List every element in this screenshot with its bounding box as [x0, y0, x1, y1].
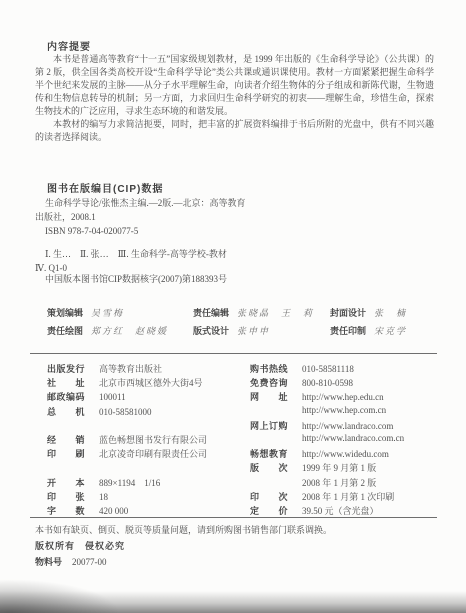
info-row-publisher: 出版发行高等教育出版社: [47, 362, 247, 376]
info-value: 800-810-0598: [302, 378, 353, 388]
info-value: 2008 年 1 月第 1 次印刷: [302, 490, 394, 503]
info-row-tollfree: 免费咨询800-810-0598: [250, 376, 440, 390]
info-value: 889×1194 1/16: [99, 476, 160, 489]
info-row-impression: 印 次2008 年 1 月第 1 次印刷: [250, 490, 440, 504]
credit-layout-design: 版式设计张申申: [193, 324, 330, 337]
colophon-right-column: 购书热线010-58581118 免费咨询800-810-0598 网 址htt…: [250, 362, 440, 518]
material-number-value: 20077-00: [72, 557, 107, 567]
scan-shadow-left: [0, 579, 120, 613]
info-value: 蓝色畅想图书发行有限公司: [99, 433, 207, 446]
info-label: 邮政编码: [47, 390, 87, 403]
content-summary-heading: 内容提要: [47, 38, 91, 53]
info-row-distributor: 经 销蓝色畅想图书发行有限公司: [47, 433, 247, 447]
info-label: 社 址: [47, 376, 87, 389]
quality-notice: 本书如有缺页、倒页、脱页等质量问题，请到所购图书销售部门联系调换。: [35, 523, 435, 536]
info-row-edition-2: 2008 年 1 月第 2 版: [250, 476, 440, 490]
info-label: 版 次: [250, 461, 290, 474]
info-value: 100011: [99, 392, 126, 402]
credit-name: 张申申: [237, 326, 270, 336]
credits-grid: 策划编辑吴雪梅 责任编辑张晓晶 王 莉 封面设计张 楠 责任绘图郑方红 赵晓媛 …: [47, 306, 436, 337]
info-row-edition: 版 次1999 年 9 月第 1 版: [250, 461, 440, 475]
info-label: 出版发行: [47, 362, 87, 375]
cip-classification-line1: Ⅰ. 生… Ⅱ. 张… Ⅲ. 生命科学-高等学校-教材: [35, 247, 395, 261]
info-row-switchboard: 总 机010-58581000: [47, 405, 247, 419]
divider-top: [30, 353, 437, 354]
info-row-education-site: 畅想教育http://www.widedu.com: [250, 447, 440, 461]
credit-label: 策划编辑: [47, 308, 83, 318]
info-row-sheets: 印 张18: [47, 490, 247, 504]
info-label: 购书热线: [250, 362, 290, 375]
info-label: 印 张: [47, 490, 87, 503]
credit-cover-design: 封面设计张 楠: [330, 306, 436, 319]
info-value: 18: [99, 492, 108, 502]
cip-record-number: 中国版本图书馆CIP数据核字(2007)第188393号: [45, 272, 227, 285]
divider-bottom: [30, 517, 437, 518]
info-row-online-order-2: http://www.landraco.com.cn: [250, 433, 440, 447]
credit-print-supervisor: 责任印制宋克学: [330, 324, 436, 337]
info-label: 网 址: [250, 390, 290, 403]
info-row-address: 社 址北京市西城区德外大街4号: [47, 376, 247, 390]
info-value: http://www.landraco.com: [302, 421, 393, 431]
info-value: http://www.widedu.com: [302, 449, 389, 459]
credit-name: 张 楠: [374, 308, 407, 318]
info-value: 1999 年 9 月第 1 版: [302, 461, 376, 474]
info-label: 总 机: [47, 405, 87, 418]
copyright-page: 内容提要 本书是普通高等教育“十一五”国家级规划教材，是 1999 年出版的《生…: [0, 0, 466, 613]
material-number-label: 物料号: [35, 557, 62, 567]
credit-name: 张晓晶 王 莉: [237, 308, 314, 318]
material-number: 物料号20077-00: [35, 555, 107, 568]
cip-title-line: 生命科学导论/张惟杰主编.—2版.—北京：高等教育: [35, 196, 395, 210]
credit-name: 吴雪梅: [91, 308, 124, 318]
info-value: 北京凌奇印刷有限责任公司: [99, 447, 207, 460]
info-value: 高等教育出版社: [99, 362, 162, 375]
info-value: 010-58581118: [302, 364, 354, 374]
cip-publisher-line: 出版社，2008.1: [35, 210, 395, 224]
info-label: 畅想教育: [250, 447, 290, 460]
info-value: 420 000: [99, 506, 128, 516]
info-label: 经 销: [47, 433, 87, 446]
info-label: 网上订购: [250, 419, 290, 432]
credit-planning-editor: 策划编辑吴雪梅: [47, 306, 193, 319]
info-label: 印 次: [250, 490, 290, 503]
info-row-blank: [47, 419, 247, 433]
colophon-left-column: 出版发行高等教育出版社 社 址北京市西城区德外大街4号 邮政编码100011 总…: [47, 362, 247, 518]
credit-label: 责任印制: [330, 326, 366, 336]
info-row-blank: [47, 461, 247, 475]
info-row-website: 网 址http://www.hep.edu.cn: [250, 390, 440, 404]
credit-label: 版式设计: [193, 326, 229, 336]
credit-label: 责任绘图: [47, 326, 83, 336]
info-row-hotline: 购书热线010-58581118: [250, 362, 440, 376]
info-value: http://www.landraco.com.cn: [302, 433, 404, 443]
content-summary-body: 本书是普通高等教育“十一五”国家级规划教材，是 1999 年出版的《生命科学导论…: [35, 53, 434, 144]
info-value: http://www.hep.com.cn: [302, 405, 386, 415]
credit-illustration: 责任绘图郑方红 赵晓媛: [47, 324, 193, 337]
cip-isbn: ISBN 978-7-04-020077-5: [35, 224, 395, 238]
info-label: 开 本: [47, 476, 87, 489]
summary-paragraph-1: 本书是普通高等教育“十一五”国家级规划教材，是 1999 年出版的《生命科学导论…: [35, 53, 434, 118]
info-row-wordcount: 字 数420 000: [47, 504, 247, 518]
info-row-postcode: 邮政编码100011: [47, 390, 247, 404]
info-value: http://www.hep.edu.cn: [302, 392, 384, 402]
info-row-price: 定 价39.50 元（含光盘）: [250, 504, 440, 518]
info-row-format: 开 本889×1194 1/16: [47, 476, 247, 490]
info-value: 010-58581000: [99, 407, 152, 417]
credit-responsible-editor: 责任编辑张晓晶 王 莉: [193, 306, 330, 319]
credit-label: 责任编辑: [193, 308, 229, 318]
cip-block: 生命科学导论/张惟杰主编.—2版.—北京：高等教育 出版社，2008.1 ISB…: [35, 196, 395, 275]
copyright-notice: 版权所有 侵权必究: [35, 539, 125, 552]
info-label: 定 价: [250, 504, 290, 517]
credit-name: 郑方红 赵晓媛: [91, 326, 168, 336]
info-row-printer: 印 刷北京凌奇印刷有限责任公司: [47, 447, 247, 461]
summary-paragraph-2: 本教材的编写力求简洁扼要，同时，把丰富的扩展资料编排于书后所附的光盘中，供有不同…: [35, 118, 434, 144]
info-row-online-order: 网上订购http://www.landraco.com: [250, 419, 440, 433]
credit-name: 宋克学: [374, 326, 407, 336]
info-row-website-2: http://www.hep.com.cn: [250, 405, 440, 419]
info-value: 北京市西城区德外大街4号: [99, 376, 203, 389]
cip-heading: 图书在版编目(CIP)数据: [47, 180, 163, 195]
info-label: 字 数: [47, 504, 87, 517]
info-value: 2008 年 1 月第 2 版: [302, 476, 376, 489]
info-label: 印 刷: [47, 447, 87, 460]
credit-label: 封面设计: [330, 308, 366, 318]
info-label: 免费咨询: [250, 376, 290, 389]
info-value: 39.50 元（含光盘）: [302, 504, 379, 517]
